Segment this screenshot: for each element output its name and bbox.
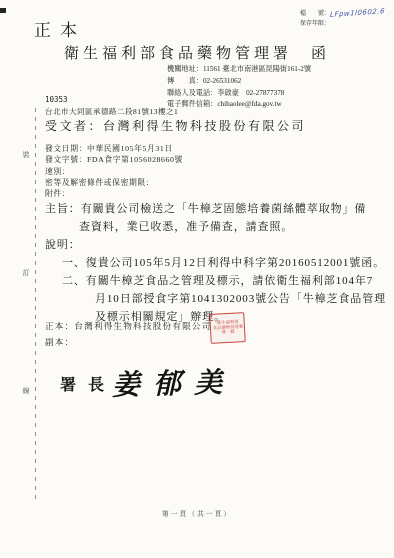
file-number-block: 檔 號：LFpw1l0602.6 保存年限：	[300, 8, 385, 29]
meta-issue-date: 發文日期：中華民國105年5月31日	[45, 143, 183, 154]
explanation-label: 說明：	[45, 236, 81, 252]
subject-line-1: 主旨：有關貴公司檢送之「牛樟芝固態培養菌絲體萃取物」備	[45, 200, 366, 216]
agency-contact: 聯絡人及電話：李啟豪 02-27877378	[167, 88, 311, 100]
agency-address: 機關地址：11561 臺北市南港區昆陽街161-2號	[167, 64, 311, 76]
binding-dashed-line	[35, 108, 36, 500]
distribution-copy: 副本：	[45, 336, 74, 348]
agency-fax: 傳 真：02-26531062	[167, 76, 311, 88]
file-number-label: 檔 號：	[300, 11, 330, 17]
copy-type-marker: 正本	[34, 16, 86, 41]
binding-marker-ding: 訂	[21, 268, 31, 278]
distribution-original: 正本：台灣利得生物科技股份有限公司	[45, 320, 212, 332]
agency-email: 電子郵件信箱：chihaolee@fda.gov.tw	[167, 99, 311, 111]
document-title: 衛生福利部食品藥物管理署 函	[0, 42, 394, 63]
signature-title: 署長	[60, 372, 116, 395]
explanation-item-2: 二、有關牛樟芝食品之管理及標示，請依衛生福利部104年7	[62, 272, 373, 288]
file-number-handwritten: LFpw1l0602.6	[330, 6, 386, 20]
explanation-item-1: 一、復貴公司105年5月12日利得中科字第20160512001號函。	[62, 254, 385, 270]
recipient-zip: 10353	[45, 95, 68, 104]
retention-period-label: 保存年限：	[300, 21, 330, 27]
official-agency-stamp: 衛生福利部 食品藥物管理署 條 戳	[209, 312, 246, 344]
subject-line-2: 查資料，業已收悉，准予備查，請查照。	[79, 218, 293, 234]
explanation-item-2-cont1: 月10日部授食字第1041302003號公告「牛樟芝食品管理	[95, 290, 386, 306]
scan-artifact	[0, 8, 6, 13]
binding-marker-xian: 線	[21, 386, 31, 396]
meta-security: 密等及解密條件或保密期限：	[45, 177, 183, 188]
meta-attachment: 附件：	[45, 188, 183, 199]
document-meta-block: 發文日期：中華民國105年5月31日 發文字號：FDA食字第1056028660…	[45, 143, 183, 199]
meta-doc-number: 發文字號：FDA食字第1056028660號	[45, 154, 183, 165]
agency-info-block: 機關地址：11561 臺北市南港區昆陽街161-2號 傳 真：02-265310…	[167, 64, 311, 111]
signature-name-calligraphy: 姜郁美	[111, 360, 235, 403]
recipient-line: 受文者：台灣利得生物科技股份有限公司	[45, 117, 306, 134]
page-number-footer: 第一頁（共一頁）	[0, 508, 394, 518]
recipient-address: 台北市大同區承德路二段81號13樓之1	[45, 106, 178, 117]
meta-speed: 速別：	[45, 166, 183, 177]
scanned-official-letter: 正本 檔 號：LFpw1l0602.6 保存年限： 衛生福利部食品藥物管理署 函…	[0, 0, 394, 558]
binding-marker-zhuang: 裝	[21, 150, 31, 160]
